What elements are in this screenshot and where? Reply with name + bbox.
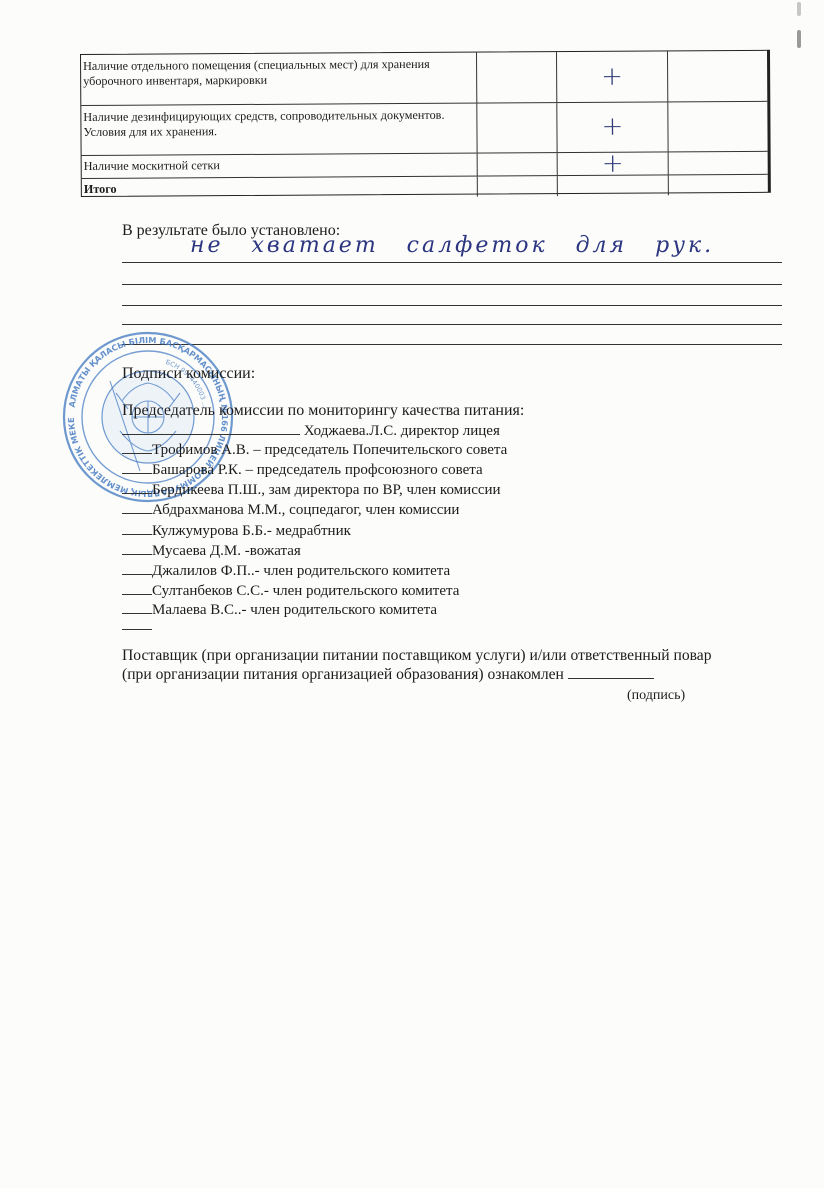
signatory-name: Малаева В.С..- член родительского комите… [152,602,437,618]
signature-line: Абдрахманова М.М., соцпедагог, член коми… [122,502,459,519]
signature-blank [122,442,152,454]
signatures-heading: Подписи комиссии: [122,365,255,383]
cell-col4 [669,152,768,175]
punch-hole-mark [797,30,801,48]
signature-blank [122,543,152,555]
signatory-name: Мусаева Д.М. -вожатая [152,543,301,559]
supplier-line-1: Поставщик (при организации питании поста… [122,646,712,665]
signature-blank [122,602,152,614]
document-page: Наличие отдельного помещения (специальны… [0,0,824,1188]
supplier-line-2-wrap: (при организации питания организацией об… [122,665,712,684]
signature-blank [122,583,152,595]
cell-col2 [478,153,558,175]
signatory-name: Джалилов Ф.П..- член родительского комит… [152,563,450,579]
cell-checkmark: + [557,102,668,152]
signature-blank [122,462,152,474]
writing-line [122,262,782,263]
signature-line: Джалилов Ф.П..- член родительского комит… [122,563,450,580]
criterion-label: Наличие дезинфицирующих средств, сопрово… [81,104,477,155]
signature-line-chair: Ходжаева.Л.С. директор лицея [122,423,500,440]
signature-blank [122,563,152,575]
signatory-name: Кулжумурова Б.Б.- медрабтник [152,523,351,539]
table-row: Наличие отдельного помещения (специальны… [81,51,767,106]
signature-line: Трофимов А.В. – председатель Попечительс… [122,442,507,459]
signature-blank [122,482,152,494]
signatory-name: Абдрахманова М.М., соцпедагог, член коми… [152,502,459,518]
writing-line [122,284,782,285]
signature-line-empty [122,618,152,635]
signatory-name: Бердикеева П.Ш., зам директора по ВР, чл… [152,482,501,498]
cell-col2 [477,103,557,152]
signature-blank [122,618,152,630]
total-label: Итого [82,177,478,199]
chair-title: Председатель комиссии по мониторингу кач… [122,402,524,420]
cell-col3 [558,175,669,196]
supplier-line-2: (при организации питания организацией об… [122,666,564,683]
criterion-label: Наличие отдельного помещения (специальны… [81,53,477,105]
cell-col4 [669,175,768,196]
signatory-name: Ходжаева.Л.С. директор лицея [304,423,500,439]
signatory-name: Султанбеков С.С.- член родительского ком… [152,583,459,599]
signature-line: Султанбеков С.С.- член родительского ком… [122,583,459,600]
punch-hole-mark [797,2,801,16]
signatory-name: Башарова Р.К. – председатель профсоюзног… [152,462,483,478]
signature-line: Кулжумурова Б.Б.- медрабтник [122,523,351,540]
inspection-table: Наличие отдельного помещения (специальны… [80,50,771,197]
signature-blank [122,502,152,514]
signature-line: Малаева В.С..- член родительского комите… [122,602,437,619]
cell-checkmark: + [558,152,669,175]
signature-line: Башарова Р.К. – председатель профсоюзног… [122,462,483,479]
cell-col4 [668,51,767,102]
supplier-acknowledgement: Поставщик (при организации питании поста… [122,646,712,684]
signature-line: Мусаева Д.М. -вожатая [122,543,301,560]
signature-blank [122,523,152,535]
signature-blank [122,423,300,435]
signature-caption: (подпись) [627,688,685,704]
cell-col4 [668,102,767,152]
signature-line: Бердикеева П.Ш., зам директора по ВР, чл… [122,482,501,499]
writing-line [122,324,782,325]
cell-col2 [477,52,557,102]
criterion-label: Наличие москитной сетки [82,154,478,178]
table-row-total: Итого [82,175,768,196]
signature-blank [568,667,654,679]
writing-line [122,305,782,306]
signatory-name: Трофимов А.В. – председатель Попечительс… [152,442,507,458]
table-row: Наличие дезинфицирующих средств, сопрово… [81,102,767,156]
cell-checkmark: + [557,51,668,102]
handwritten-note: не хватает салфеток для рук. [190,233,714,258]
cell-col2 [478,176,558,196]
